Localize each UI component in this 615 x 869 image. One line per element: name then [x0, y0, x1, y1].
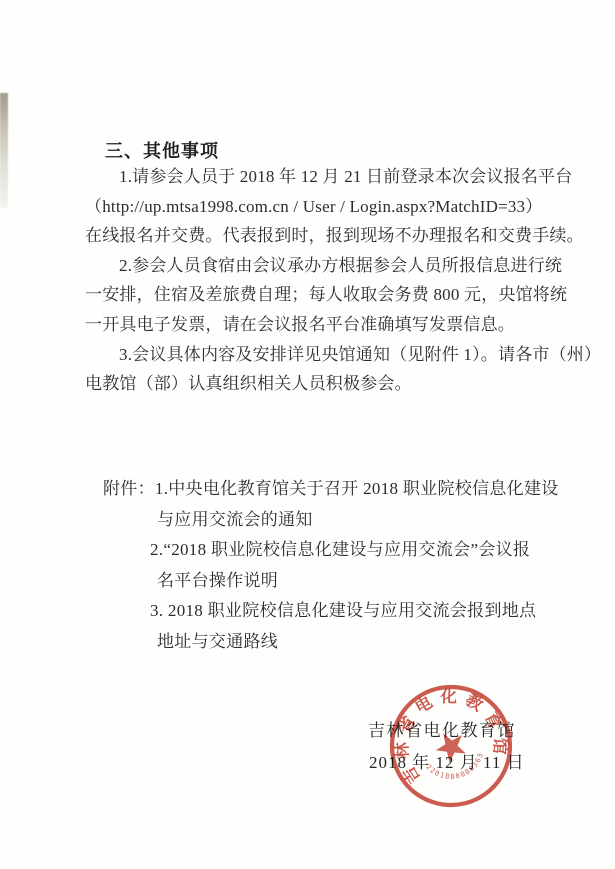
paragraph1-line2-url: （http://up.mtsa1998.com.cn / User / Logi…	[85, 192, 555, 222]
attachment-list: 附件：1.中央电化教育馆关于召开 2018 职业院校信息化建设 与应用交流会的通…	[103, 474, 563, 658]
body-text: 1.请参会人员于 2018 年 12 月 21 日前登录本次会议报名平台 （ht…	[85, 162, 555, 399]
signature-date: 2018 年 12 月 11 日	[369, 748, 525, 773]
attachment-item-2: 2.“2018 职业院校信息化建设与应用交流会”会议报	[103, 535, 563, 566]
scan-edge-artifact	[0, 93, 8, 208]
section-heading: 三、其他事项	[105, 137, 219, 163]
paragraph1-line3: 在线报名并交费。代表报到时，报到现场不办理报名和交费手续。	[85, 221, 555, 251]
document-page: 三、其他事项 1.请参会人员于 2018 年 12 月 21 日前登录本次会议报…	[0, 0, 615, 869]
attachment-item-1: 附件：1.中央电化教育馆关于召开 2018 职业院校信息化建设	[103, 474, 563, 505]
paragraph3-line2: 电教馆（部）认真组织相关人员积极参会。	[85, 369, 555, 399]
seal-ring	[379, 674, 522, 817]
attachment-item-3: 3. 2018 职业院校信息化建设与应用交流会报到地点	[103, 596, 563, 627]
attachment-item-3-cont: 地址与交通路线	[103, 627, 563, 658]
paragraph2-line3: 一开具电子发票，请在会议报名平台准确填写发票信息。	[85, 310, 555, 340]
paragraph2-line1: 2.参会人员食宿由会议承办方根据参会人员所报信息进行统	[85, 251, 555, 281]
attachment-item-2-cont: 名平台操作说明	[103, 566, 563, 597]
official-seal: 吉林省电化教育馆 2201880000363	[375, 670, 528, 823]
signature-organization: 吉林省电化教育馆	[368, 716, 516, 741]
paragraph2-line2: 一安排，住宿及差旅费自理；每人收取会务费 800 元，央馆将统	[85, 280, 555, 310]
attachment-item-1-cont: 与应用交流会的通知	[103, 505, 563, 536]
paragraph3-line1: 3.会议具体内容及安排详见央馆通知（见附件 1）。请各市（州）	[85, 340, 555, 370]
paragraph1-line1: 1.请参会人员于 2018 年 12 月 21 日前登录本次会议报名平台	[85, 162, 555, 192]
